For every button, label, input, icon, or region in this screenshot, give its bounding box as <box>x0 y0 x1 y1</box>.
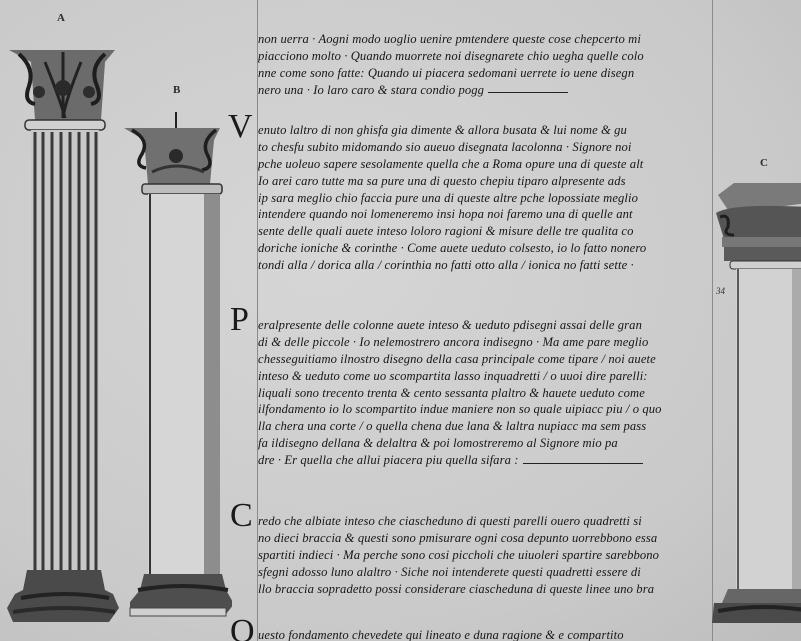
dropcap-v: V <box>228 110 253 144</box>
figure-label-c: C <box>760 157 768 169</box>
dropcap-c: C <box>230 499 253 533</box>
text-line: inteso & ueduto come uo scompartita lass… <box>258 368 713 385</box>
text-line: liquali sono trecento trenta & cento ses… <box>258 385 713 402</box>
dropcap-q: Q <box>230 615 255 641</box>
text-line: enuto laltro di non ghisfa gia dimente &… <box>258 122 713 139</box>
text-line: uesto fondamento chevedete qui lineato e… <box>258 627 713 641</box>
figure-label-b: B <box>173 84 180 96</box>
figure-label-a: A <box>57 12 65 24</box>
paragraph-p: P eralpresente delle colonne auete intes… <box>258 317 713 469</box>
intro-paragraph: non uerra · Aogni modo uoglio uenire pmt… <box>258 31 713 99</box>
paragraph-c: C redo che albiate inteso che ciaschedun… <box>258 513 713 597</box>
text-line: intendere quando noi lomeneremo insi hop… <box>258 206 713 223</box>
text-line: spartiti indieci · Ma perche sono cosi p… <box>258 547 713 564</box>
text-line: di & delle piccole · Io nelemostrero anc… <box>258 334 713 351</box>
text-line: no dieci braccia & questi sono pmisurare… <box>258 530 713 547</box>
text-line: dre · Er quella che allui piacera piu qu… <box>258 452 713 469</box>
paragraph-q: Q uesto fondamento chevedete qui lineato… <box>258 627 713 641</box>
text-line: fa ildisegno dellana & delaltra & poi lo… <box>258 435 713 452</box>
text-line: nero una · Io laro caro & stara condio p… <box>258 82 713 99</box>
text-line: non uerra · Aogni modo uoglio uenire pmt… <box>258 31 713 48</box>
text-line: sfegni adosso luno alaltro · Siche noi i… <box>258 564 713 581</box>
line-flourish <box>488 88 568 93</box>
text-line: redo che albiate inteso che ciascheduno … <box>258 513 713 530</box>
text-line: chesseguitiamo ilnostro disegno della ca… <box>258 351 713 368</box>
text-line: to chesfu subito midomando sio aueuo dis… <box>258 139 713 156</box>
text-line: pche uoleuo sapere sesolamente quella ch… <box>258 156 713 173</box>
text-line: ilfondamento io lo scompartito indue man… <box>258 401 713 418</box>
column-b-illustration <box>122 110 232 625</box>
text-line: Io arei caro tutte ma sa pure una di que… <box>258 173 713 190</box>
text-line: eralpresente delle colonne auete inteso … <box>258 317 713 334</box>
column-a-illustration <box>5 42 125 627</box>
margin-note: 34 <box>716 286 725 296</box>
text-line: ip sara meglio chio faccia pure una di q… <box>258 190 713 207</box>
paragraph-v: V enuto laltro di non ghisfa gia dimente… <box>258 122 713 274</box>
manuscript-page: A B C <box>0 0 801 641</box>
column-c-illustration <box>712 183 801 633</box>
dropcap-p: P <box>230 303 249 337</box>
text-line: piacciono molto · Quando muorrete noi di… <box>258 48 713 65</box>
text-line: lla chera una corte / o quella chena due… <box>258 418 713 435</box>
text-line: llo braccia sopradetto possi considerare… <box>258 581 713 598</box>
text-line: doriche ioniche & corinthe · Come auete … <box>258 240 713 257</box>
text-line: tondi alla / dorica alla / corinthia no … <box>258 257 713 274</box>
line-flourish <box>523 459 643 464</box>
text-line: sente delle quali auete inteso loloro ra… <box>258 223 713 240</box>
text-line: nne come sono fatte: Quando ui piacera s… <box>258 65 713 82</box>
